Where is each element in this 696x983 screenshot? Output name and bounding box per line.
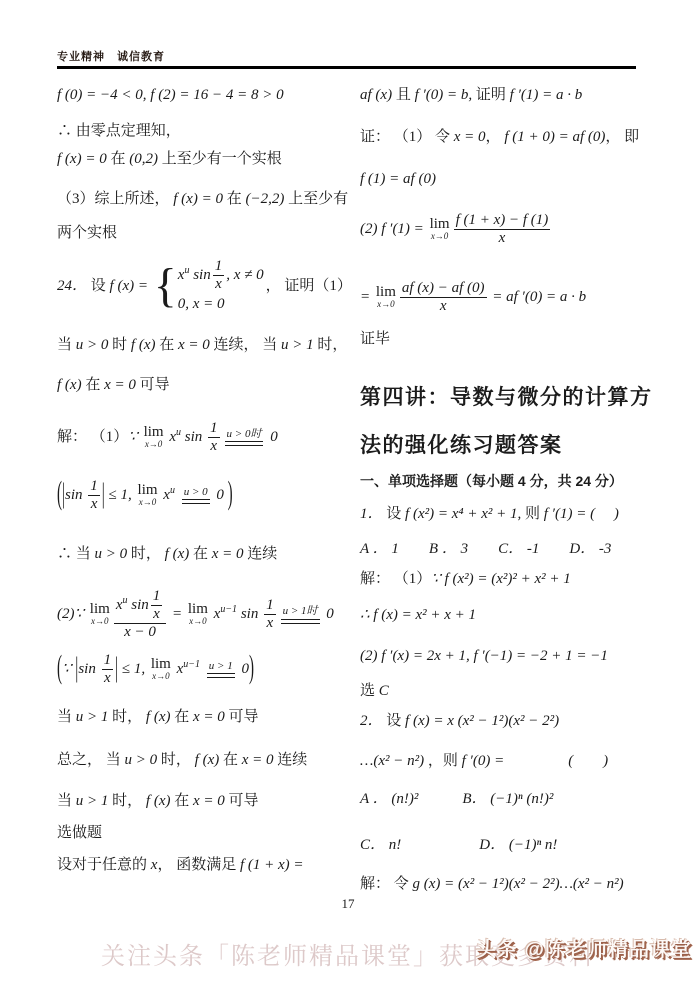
math-segment: ≤ 1,	[105, 487, 136, 503]
math-segment: A ． (n!)²	[360, 791, 418, 807]
question-2-options-cd: C． n!D． (−1)ⁿ n!	[360, 836, 557, 855]
continuity-conclusion: ∴ 当 u > 0 时， f (x) 在 x = 0 连续	[57, 545, 277, 564]
math-segment: 1	[90, 478, 98, 494]
fraction: xu sin1xx − 0	[114, 588, 166, 641]
limit-operator: limx→0	[430, 217, 450, 242]
math-segment: x = 0	[193, 793, 229, 809]
math-segment: f (x²) = x⁴ + x² + 1,	[405, 506, 525, 522]
problem-statement-cont: af (x) 且 f ′(0) = b, 证明 f ′(1) = a · b	[360, 86, 582, 105]
math-segment: = af ′(0) = a · b	[489, 289, 587, 305]
text-segment: 时，	[112, 793, 146, 809]
math-segment: D． (−1)ⁿ n!	[479, 837, 557, 853]
text-segment: ，	[486, 129, 505, 145]
text-segment: 上至少有一个实根	[162, 151, 282, 167]
text-segment: 在	[193, 546, 212, 562]
math-segment: , x ≠ 0	[226, 267, 263, 283]
text-segment: 在	[110, 151, 125, 167]
math-segment: sin	[127, 597, 148, 613]
limit-operator: limx→0	[188, 602, 208, 627]
math-segment: 2．	[360, 713, 383, 729]
math-segment: f (x) = 0	[173, 191, 226, 207]
math-segment: (2) f ′(x) = 2x + 1, f ′(−1) = −2 + 1 = …	[360, 648, 608, 664]
math-segment: C． -1	[498, 541, 539, 557]
math-segment: =	[168, 606, 186, 622]
text-segment: 上至少有	[288, 191, 348, 207]
text-segment: 则	[525, 506, 544, 522]
math-segment: ∵ f (x²) = (x²)² + x² + 1	[431, 571, 571, 587]
section-heading-line2: 法的强化练习题答案	[360, 433, 563, 459]
math-segment: ∴ f (x) = x² + x + 1	[360, 607, 476, 623]
text-segment: 设	[383, 713, 406, 729]
math-segment: …(x² − n²)	[360, 753, 428, 769]
math-segment: x = 0	[193, 709, 229, 725]
solution-q1-step1: 解： （1）∵ f (x²) = (x²)² + x² + 1	[360, 570, 571, 589]
text-segment: （3）综上所述，	[57, 191, 173, 207]
section-heading-line1: 第四讲：导数与微分的计算方	[360, 385, 653, 411]
math-segment: u > 0	[95, 546, 131, 562]
math-segment: x	[104, 670, 111, 686]
conditional-equals: u > 0时	[225, 428, 264, 446]
math-segment	[200, 661, 204, 677]
text-segment: 法的强化练习题答案	[360, 434, 563, 457]
math-segment: f (x)	[195, 752, 223, 768]
text-segment: 证毕	[360, 331, 390, 347]
math-segment: f (x) = 0	[57, 151, 110, 167]
math-segment: x	[499, 230, 506, 246]
conclusion-line2: 两个实根	[57, 224, 117, 243]
text-segment: 证明	[476, 87, 506, 103]
text-segment: 且	[396, 87, 411, 103]
text-segment: 在	[174, 793, 193, 809]
fraction: 1x	[151, 588, 163, 623]
text-segment: ， 证明（1）	[266, 278, 352, 294]
math-segment: sin	[65, 487, 86, 503]
text-segment: 第四讲：导数与微分的计算方	[360, 386, 653, 409]
text-segment: 选	[360, 683, 379, 699]
statement-line: 当 u > 0 时 f (x) 在 x = 0 连续， 当 u > 1 时，	[57, 336, 347, 355]
math-segment: 0	[238, 661, 249, 677]
page-number: 17	[0, 896, 696, 912]
proof-step2-result: = limx→0af (x) − af (0)x = af ′(0) = a ·…	[360, 280, 586, 315]
big-delimiter: |	[75, 652, 78, 688]
math-segment: af (x)	[360, 87, 396, 103]
math-segment: f (1) = af (0)	[360, 171, 436, 187]
math-segment: f (1 + x) =	[240, 857, 304, 873]
root-values-line: f (0) = −4 < 0, f (2) = 16 − 4 = 8 > 0	[57, 86, 284, 105]
superscript: u−1	[220, 604, 237, 615]
text-segment: 可导	[229, 793, 259, 809]
qed-line: 证毕	[360, 330, 390, 349]
big-delimiter: |	[62, 478, 65, 514]
math-segment: C	[379, 683, 389, 699]
math-segment: f (x) =	[110, 278, 152, 294]
math-segment: A ． 1	[360, 541, 399, 557]
math-segment: (−2,2)	[242, 191, 288, 207]
math-segment: f ′(1) = ( )	[544, 506, 619, 522]
big-delimiter: )	[249, 649, 254, 690]
math-segment: x	[160, 487, 170, 503]
math-segment: ( )	[568, 753, 608, 769]
math-segment: sin	[237, 606, 262, 622]
math-segment: x − 0	[124, 624, 156, 640]
math-segment: 0, x = 0	[178, 296, 225, 312]
text-segment: 在	[159, 337, 178, 353]
differentiable-conclusion: 当 u > 1 时， f (x) 在 x = 0 可导	[57, 708, 259, 727]
math-segment: u > 0	[125, 752, 161, 768]
math-segment: 1	[104, 652, 112, 668]
root-interval-line: f (x) = 0 在 (0,2) 上至少有一个实根	[57, 150, 282, 169]
solution-1-reason: (|sin 1x| ≤ 1, limx→0 xu u > 0 0 )	[57, 478, 233, 513]
text-segment: 两个实根	[57, 225, 117, 241]
math-segment: 1．	[360, 506, 383, 522]
conditional-equals: u > 1时	[281, 605, 320, 623]
text-segment: 在	[174, 709, 193, 725]
piecewise-function: {xu sin1x, x ≠ 00, x = 0	[154, 258, 264, 315]
math-segment: x	[173, 661, 183, 677]
math-segment: f (x)	[146, 709, 174, 725]
text-segment: 设	[383, 506, 406, 522]
math-segment: 1	[266, 597, 274, 613]
math-segment: 1	[215, 258, 223, 274]
math-segment: (2) f ′(1) =	[360, 221, 428, 237]
proof-step1: 证： （1） 令 x = 0， f (1 + 0) = af (0)， 即	[360, 128, 639, 147]
text-segment: 解： （1）	[57, 429, 128, 445]
math-segment: 1	[210, 420, 218, 436]
math-segment: g (x) = (x² − 1²)(x² − 2²)…(x² − n²)	[413, 876, 624, 892]
math-segment: sin	[181, 429, 206, 445]
conditional-equals: u > 0	[182, 486, 210, 504]
limit-operator: limx→0	[144, 425, 164, 450]
zero-theorem-line: ∴ 由零点定理知，	[57, 122, 181, 141]
math-segment: f (x) = x (x² − 1²)(x² − 2²)	[405, 713, 559, 729]
text-segment: 连续	[247, 546, 277, 562]
optional-problem-label: 选做题	[57, 824, 102, 843]
optional-problem-setup: 设对于任意的 x， 函数满足 f (1 + x) =	[57, 856, 304, 875]
document-page: 专业精神 诚信教育 f (0) = −4 < 0, f (2) = 16 − 4…	[0, 0, 696, 983]
math-segment: 0	[266, 429, 277, 445]
text-segment: 连续	[277, 752, 307, 768]
math-segment: x = 0	[104, 377, 140, 393]
math-segment: 24．	[57, 278, 91, 294]
text-segment: 在	[85, 377, 104, 393]
superscript: u−1	[183, 659, 200, 670]
text-segment: ∴ 当	[57, 546, 95, 562]
question-1: 1． 设 f (x²) = x⁴ + x² + 1, 则 f ′(1) = ( …	[360, 505, 619, 524]
math-segment: x	[166, 429, 176, 445]
text-segment: 时，	[161, 752, 195, 768]
big-delimiter: |	[102, 478, 105, 514]
math-segment: sin	[189, 267, 210, 283]
text-segment: ， 即	[605, 129, 639, 145]
text-segment: 时，	[317, 337, 347, 353]
math-segment: u > 0	[76, 337, 112, 353]
math-segment: x	[210, 606, 220, 622]
math-segment: 0	[213, 487, 228, 503]
text-segment: ， 函数满足	[157, 857, 240, 873]
math-segment: ≤ 1,	[118, 661, 149, 677]
math-segment: f (x)	[165, 546, 193, 562]
math-segment: x = 0	[212, 546, 248, 562]
column-right: af (x) 且 f ′(0) = b, 证明 f ′(1) = a · b证：…	[360, 0, 676, 983]
math-segment: sin	[78, 661, 99, 677]
fraction: 1x	[102, 652, 114, 687]
question-2-cont: …(x² − n²) ，则 f ′(0) =( )	[360, 752, 608, 771]
math-segment: B ． 3	[429, 541, 468, 557]
math-segment: f (1 + 0) = af (0)	[504, 129, 605, 145]
math-segment: ∵	[128, 429, 141, 445]
text-segment: 在	[227, 191, 242, 207]
math-segment: f (1 + x) − f (1)	[456, 212, 549, 228]
limit-operator: limx→0	[90, 602, 110, 627]
math-segment: (2)∵	[57, 606, 88, 622]
math-segment: x	[153, 606, 160, 622]
text-segment: 在	[223, 752, 242, 768]
statement-line2: f (x) 在 x = 0 可导	[57, 376, 170, 395]
math-segment: af (x) − af (0)	[402, 280, 485, 296]
solution-2-limit: (2)∵ limx→0xu sin1xx − 0 = limx→0 xu−1 s…	[57, 588, 334, 641]
math-segment: f ′(1) = a · b	[506, 87, 582, 103]
math-segment	[175, 487, 179, 503]
text-segment: 可导	[140, 377, 170, 393]
question-2-options-ab: A ． (n!)²B． (−1)ⁿ (n!)²	[360, 790, 553, 809]
fraction: af (x) − af (0)x	[400, 280, 487, 315]
math-segment: x = 0	[178, 337, 214, 353]
math-segment: =	[360, 289, 374, 305]
solution-q1-step3: (2) f ′(x) = 2x + 1, f ′(−1) = −2 + 1 = …	[360, 647, 608, 666]
math-segment: C． n!	[360, 837, 401, 853]
math-segment: x	[440, 298, 447, 314]
math-segment: 1	[153, 588, 161, 604]
solution-q2-step1: 解： 令 g (x) = (x² − 1²)(x² − 2²)…(x² − n²…	[360, 875, 624, 894]
math-segment: (0,2)	[125, 151, 161, 167]
big-delimiter: )	[228, 475, 233, 516]
text-segment: 设	[91, 278, 110, 294]
summary-line2: 当 u > 1 时， f (x) 在 x = 0 可导	[57, 792, 259, 811]
watermark-brand: 头条 @陈老师精品课堂	[476, 933, 692, 962]
math-segment: f (x)	[131, 337, 159, 353]
text-segment: 一、单项选择题（每小题 4 分，共 24 分）	[360, 473, 623, 489]
fraction: 1x	[208, 420, 220, 455]
big-delimiter: (	[57, 649, 62, 690]
math-segment: f ′(0) = b,	[411, 87, 476, 103]
solution-q1-step2: ∴ f (x) = x² + x + 1	[360, 606, 476, 625]
text-segment: 解： （1）	[360, 571, 431, 587]
big-delimiter: |	[115, 652, 118, 688]
brace: {	[154, 267, 177, 305]
limit-operator: limx→0	[376, 285, 396, 310]
math-segment: x	[91, 496, 98, 512]
text-segment: 证： （1） 令	[360, 129, 454, 145]
text-segment: 选做题	[57, 825, 102, 841]
math-segment: x = 0	[454, 129, 486, 145]
fraction: f (1 + x) − f (1)x	[454, 212, 551, 247]
math-segment: 0	[323, 606, 334, 622]
math-segment: B． (−1)ⁿ (n!)²	[462, 791, 553, 807]
text-segment: 时，	[131, 546, 165, 562]
text-segment: ∴ 由零点定理知，	[57, 123, 181, 139]
limit-operator: limx→0	[138, 483, 158, 508]
text-segment: 可导	[229, 709, 259, 725]
text-segment: 时，	[112, 709, 146, 725]
limit-operator: limx→0	[151, 657, 171, 682]
fraction: 1x	[264, 597, 276, 632]
answer-q1: 选 C	[360, 682, 389, 701]
text-segment: 设对于任意的	[57, 857, 151, 873]
conditional-equals: u > 1	[207, 660, 235, 678]
math-segment: ∵	[62, 661, 75, 677]
math-segment: D． -3	[569, 541, 611, 557]
section-subhead: 一、单项选择题（每小题 4 分，共 24 分）	[360, 473, 623, 491]
text-segment: 当	[57, 337, 76, 353]
text-segment: 当	[57, 793, 76, 809]
text-segment: 连续， 当	[214, 337, 282, 353]
text-segment: 时	[112, 337, 131, 353]
math-segment: u > 1	[76, 709, 112, 725]
question-1-options: A ． 1B ． 3C． -1D． -3	[360, 540, 611, 559]
proof-step2-limit: (2) f ′(1) = limx→0f (1 + x) − f (1)x	[360, 212, 552, 247]
text-segment: 解： 令	[360, 876, 413, 892]
text-segment: 总之， 当	[57, 752, 125, 768]
math-segment: x = 0	[242, 752, 278, 768]
math-segment: u > 1	[281, 337, 317, 353]
solution-1-limit: 解： （1）∵ limx→0 xu sin 1xu > 0时 0	[57, 420, 278, 455]
proof-step1-result: f (1) = af (0)	[360, 170, 436, 189]
text-segment: 当	[57, 709, 76, 725]
fraction: 1x	[213, 258, 225, 293]
math-segment: f (x)	[146, 793, 174, 809]
summary-line: 总之， 当 u > 0 时， f (x) 在 x = 0 连续	[57, 751, 307, 770]
fraction: 1x	[88, 478, 100, 513]
text-segment: ，则	[428, 753, 462, 769]
math-segment: f (0) = −4 < 0, f (2) = 16 − 4 = 8 > 0	[57, 87, 284, 103]
conclusion-line: （3）综上所述， f (x) = 0 在 (−2,2) 上至少有	[57, 190, 348, 209]
math-segment: f ′(0) =	[462, 753, 505, 769]
math-segment: u > 1	[76, 793, 112, 809]
math-segment: x	[266, 615, 273, 631]
column-left: f (0) = −4 < 0, f (2) = 16 − 4 = 8 > 0∴ …	[57, 0, 349, 983]
question-2: 2． 设 f (x) = x (x² − 1²)(x² − 2²)	[360, 712, 559, 731]
solution-2-reason: (∵ |sin 1x| ≤ 1, limx→0 xu−1 u > 1 0)	[57, 652, 254, 687]
math-segment: x	[215, 276, 222, 292]
math-segment: f (x)	[57, 377, 85, 393]
question-24: 24． 设 f (x) = {xu sin1x, x ≠ 00, x = 0， …	[57, 258, 352, 315]
math-segment: x	[210, 438, 217, 454]
